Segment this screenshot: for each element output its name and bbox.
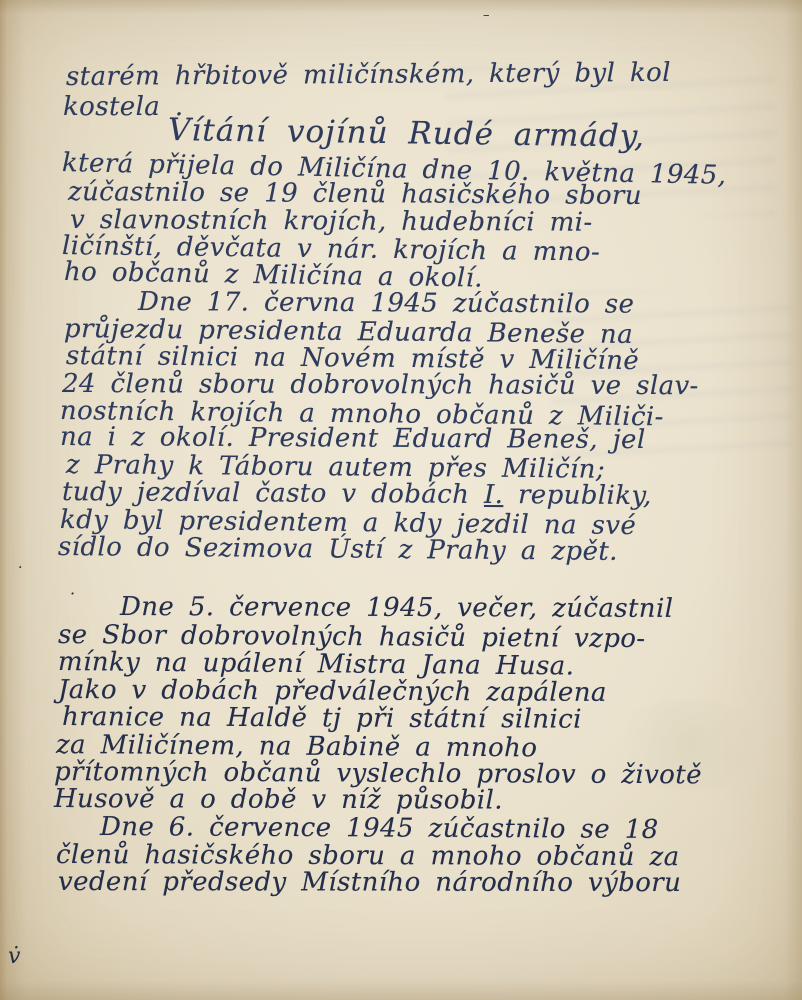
stray-ink-dot: ·: [70, 584, 75, 603]
manuscript-line: starém hřbitově miličínském, který byl k…: [66, 58, 671, 92]
manuscript-line: Dne 5. července 1945, večer, zúčastnil: [120, 592, 674, 624]
heading-line: Vítání vojínů Rudé armády,: [168, 112, 646, 155]
manuscript-line: Husově a o době v níž působil.: [54, 784, 503, 816]
stray-ink-dash: –: [483, 8, 490, 23]
chronicle-page-photo: starém hřbitově miličínském, který byl k…: [0, 0, 802, 1000]
stray-ink-dot: ·: [18, 560, 22, 576]
line-fragment: republiky,: [503, 480, 652, 511]
manuscript-line: vedení předsedy Místního národního výbor…: [58, 867, 681, 898]
margin-check-mark: v̇: [8, 944, 20, 969]
manuscript-line: kostela .: [63, 92, 184, 122]
manuscript-line: sídlo do Sezimova Ústí z Prahy a zpět.: [58, 532, 618, 567]
underlined-word: I.: [484, 480, 504, 510]
